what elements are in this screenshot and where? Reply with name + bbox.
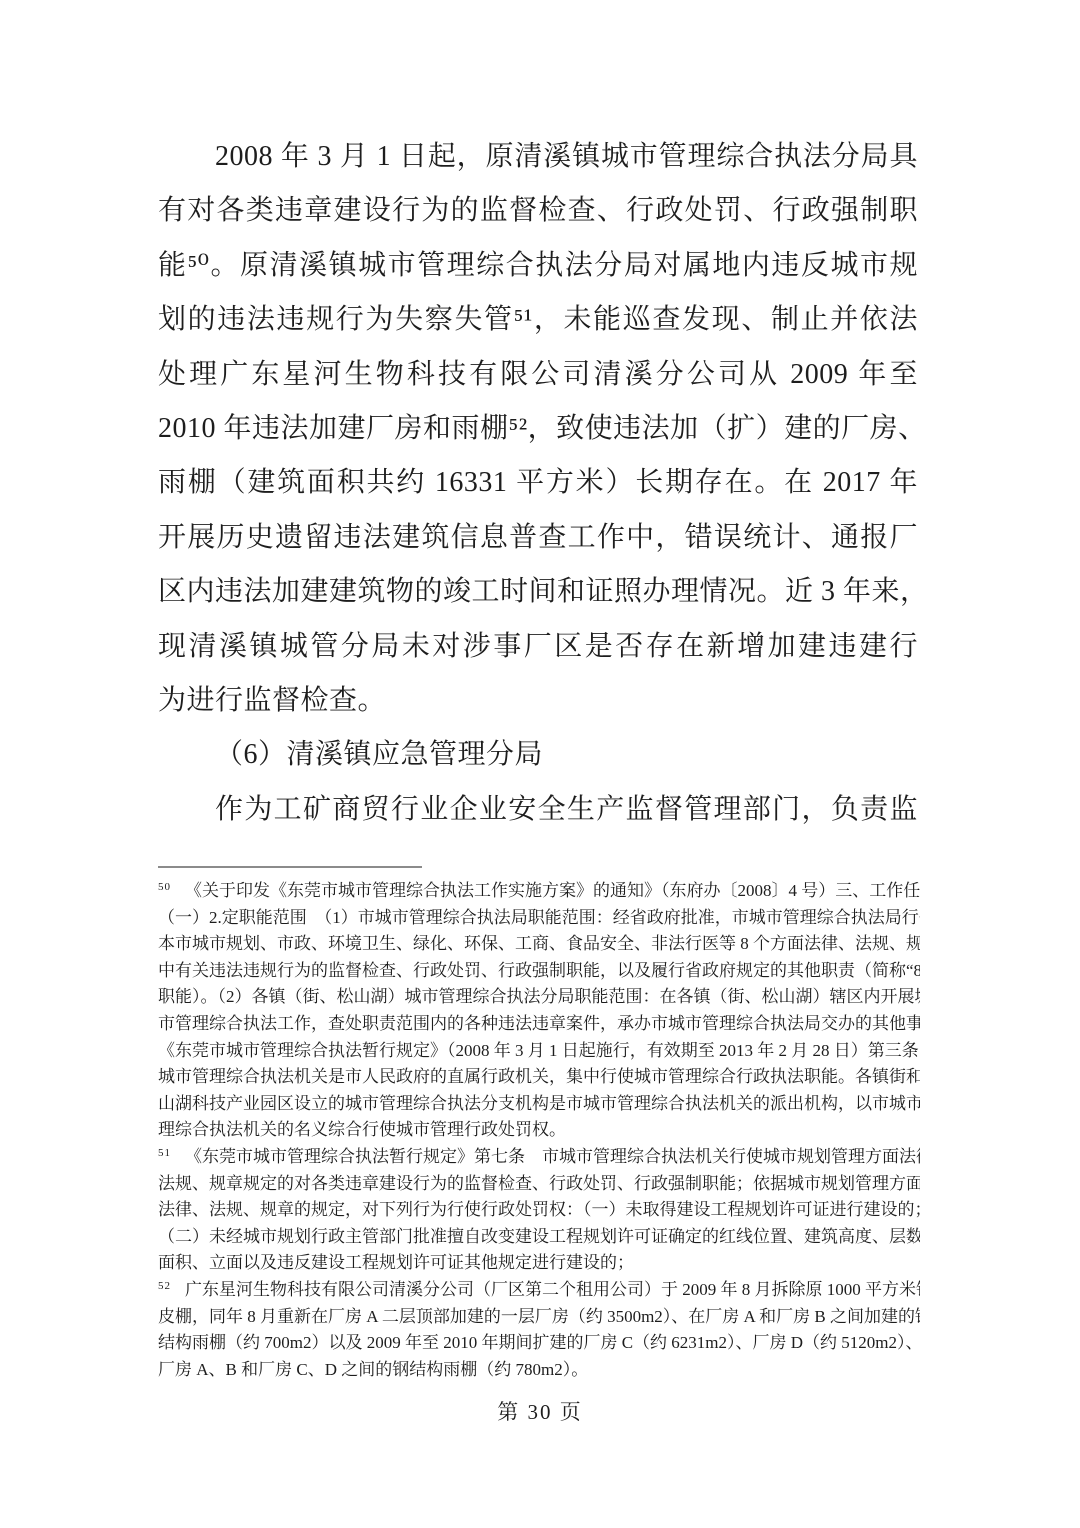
- body-line: 作为工矿商贸行业企业安全生产监督管理部门，负责监: [158, 783, 918, 837]
- footnote-line: 城市管理综合执法机关是市人民政府的直属行政机关，集中行使城市管理综合行政执法职能…: [158, 1064, 920, 1091]
- body-line: 处理广东星河生物科技有限公司清溪分公司从 2009 年至: [158, 348, 918, 402]
- footnote-line: 职能）。（2）各镇（街、松山湖）城市管理综合执法分局职能范围：在各镇（街、松山湖…: [158, 984, 920, 1011]
- footnote-line: 结构雨棚（约 700m2）以及 2009 年至 2010 年期间扩建的厂房 C（…: [158, 1330, 920, 1357]
- footnote-line: 法规、规章规定的对各类违章建设行为的监督检查、行政处罚、行政强制职能；依据城市规…: [158, 1171, 920, 1198]
- body-line: 2008 年 3 月 1 日起，原清溪镇城市管理综合执法分局具: [158, 130, 918, 184]
- body-text: 2008 年 3 月 1 日起，原清溪镇城市管理综合执法分局具有对各类违章建设行…: [158, 130, 918, 837]
- footnote-line: 本市城市规划、市政、环境卫生、绿化、环保、工商、食品安全、非法行医等 8 个方面…: [158, 931, 920, 958]
- footnote-separator: [158, 866, 422, 868]
- footnote-line: 中有关违法违规行为的监督检查、行政处罚、行政强制职能，以及履行省政府规定的其他职…: [158, 958, 920, 985]
- body-line: 有对各类违章建设行为的监督检查、行政处罚、行政强制职: [158, 184, 918, 238]
- footnote-line: 《东莞市城市管理综合执法暂行规定》（2008 年 3 月 1 日起施行，有效期至…: [158, 1038, 920, 1065]
- footnote-line: 面积、立面以及违反建设工程规划许可证其他规定进行建设的；: [158, 1250, 920, 1277]
- body-line: 能⁵⁰。原清溪镇城市管理综合执法分局对属地内违反城市规: [158, 239, 918, 293]
- page-number: 第 30 页: [0, 1396, 1080, 1426]
- body-line: 现清溪镇城管分局未对涉事厂区是否存在新增加建违建行: [158, 620, 918, 674]
- footnotes: 50《关于印发《东莞市城市管理综合执法工作实施方案》的通知》（东府办〔2008〕…: [158, 878, 920, 1383]
- footnote-line: 52广东星河生物科技有限公司清溪分公司（厂区第二个租用公司）于 2009 年 8…: [158, 1277, 920, 1304]
- footnote-number: 52: [158, 1280, 171, 1292]
- footnote-line: 厂房 A、B 和厂房 C、D 之间的钢结构雨棚（约 780m2）。: [158, 1357, 920, 1384]
- body-line: 区内违法加建建筑物的竣工时间和证照办理情况。近 3 年来，: [158, 565, 918, 619]
- body-line: （6）清溪镇应急管理分局: [158, 728, 918, 782]
- footnote-line: （一）2.定职能范围 （1）市城市管理综合执法局职能范围：经省政府批准，市城市管…: [158, 905, 920, 932]
- body-line: 开展历史遗留违法建筑信息普查工作中，错误统计、通报厂: [158, 511, 918, 565]
- footnote-number: 50: [158, 881, 171, 893]
- body-line: 为进行监督检查。: [158, 674, 918, 728]
- footnote-line: 市管理综合执法工作，查处职责范围内的各种违法违章案件，承办市城市管理综合执法局交…: [158, 1011, 920, 1038]
- footnote-number: 51: [158, 1147, 171, 1159]
- footnote-line: 50《关于印发《东莞市城市管理综合执法工作实施方案》的通知》（东府办〔2008〕…: [158, 878, 920, 905]
- body-line: 雨棚（建筑面积共约 16331 平方米）长期存在。在 2017 年: [158, 456, 918, 510]
- footnote-line: 皮棚，同年 8 月重新在厂房 A 二层顶部加建的一层厂房（约 3500m2）、在…: [158, 1304, 920, 1331]
- footnote-line: 51《东莞市城市管理综合执法暂行规定》第七条 市城市管理综合执法机关行使城市规划…: [158, 1144, 920, 1171]
- footnote-line: 理综合执法机关的名义综合行使城市管理行政处罚权。: [158, 1117, 920, 1144]
- footnote-line: 法律、法规、规章的规定，对下列行为行使行政处罚权：（一）未取得建设工程规划许可证…: [158, 1197, 920, 1224]
- body-line: 2010 年违法加建厂房和雨棚⁵²，致使违法加（扩）建的厂房、: [158, 402, 918, 456]
- footnote-line: （二）未经城市规划行政主管部门批准擅自改变建设工程规划许可证确定的红线位置、建筑…: [158, 1224, 920, 1251]
- body-line: 划的违法违规行为失察失管⁵¹，未能巡查发现、制止并依法: [158, 293, 918, 347]
- footnote-line: 山湖科技产业园区设立的城市管理综合执法分支机构是市城市管理综合执法机关的派出机构…: [158, 1091, 920, 1118]
- document-page: 2008 年 3 月 1 日起，原清溪镇城市管理综合执法分局具有对各类违章建设行…: [0, 0, 1080, 1528]
